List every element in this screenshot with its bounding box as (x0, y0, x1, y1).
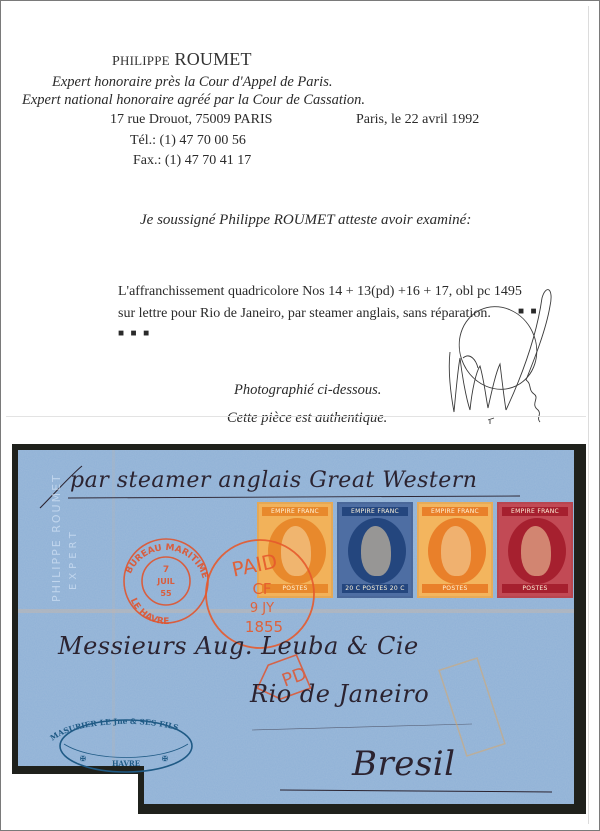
expert-title-1: Expert honoraire près la Cour d'Appel de… (52, 74, 332, 91)
page-fold (6, 416, 586, 417)
svg-text:LE HAVRE: LE HAVRE (128, 597, 170, 627)
expert-title-2: Expert national honoraire agréé par la C… (22, 92, 365, 109)
svg-text:7: 7 (163, 565, 169, 575)
filler-marks: ■ ■ ■ (118, 328, 151, 339)
svg-text:55: 55 (160, 589, 172, 598)
certificate-date: Paris, le 22 avril 1992 (356, 112, 479, 128)
postmarks: BUREAU MARITIME LE HAVRE 7 JUIL 55 PAID … (12, 444, 586, 814)
expert-name: PHILIPPE ROUMET (112, 49, 252, 70)
svg-text:CF: CF (252, 580, 271, 598)
svg-text:MASURIER LE Jne & SES FILS: MASURIER LE Jne & SES FILS (48, 717, 179, 743)
svg-text:JUIL: JUIL (156, 577, 175, 586)
expert-phone: Tél.: (1) 47 70 00 56 (130, 133, 246, 149)
svg-text:9 JY: 9 JY (250, 601, 274, 616)
authenticity-statement: Cette pièce est authentique. (227, 410, 387, 427)
addressee: Messieurs Aug. Leuba & Cie (58, 632, 419, 660)
photographed-note: Photographié ci-dessous. (234, 382, 381, 399)
expert-signature (430, 280, 580, 430)
postal-cover: PHILIPPE ROUMET EXPERT par steamer angla… (12, 444, 586, 814)
attestation-statement: Je soussigné Philippe ROUMET atteste avo… (140, 212, 471, 229)
expert-fax: Fax.: (1) 47 70 41 17 (133, 153, 251, 169)
svg-text:✠: ✠ (80, 754, 86, 763)
expert-last-name: ROUMET (175, 49, 252, 69)
expert-first-name: PHILIPPE (112, 54, 170, 69)
svg-text:✠: ✠ (162, 754, 168, 763)
destination-country: Bresil (352, 744, 456, 784)
svg-text:HAVRE: HAVRE (112, 759, 140, 768)
expertise-certificate: PHILIPPE ROUMET Expert honoraire près la… (0, 0, 600, 420)
expert-address: 17 rue Drouot, 75009 PARIS (110, 112, 272, 128)
destination-city: Rio de Janeiro (250, 680, 429, 708)
svg-text:PAID: PAID (230, 549, 280, 582)
